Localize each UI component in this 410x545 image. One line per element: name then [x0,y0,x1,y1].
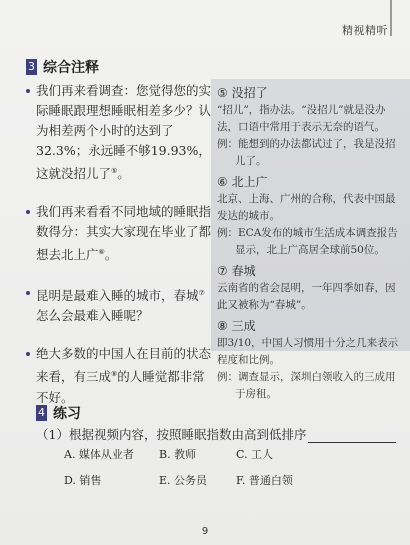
quote-item: 我们再来看看不同地域的睡眠指数得分：其实大家现在毕业了都想去北上广⑥。 [26,202,214,265]
section-4-heading: 4 练习 [36,403,81,423]
note-item: ⑥ 北上广 北京、上海、广州的合称，代表中国最发达的城市。 例：ECA发布的城市… [217,174,405,259]
running-header: 精视精听 [342,22,388,38]
note-item: ⑤ 没招了 “招儿”，指办法。“没招儿”就是没办法，口语中常用于表示无奈的语气。… [217,85,405,170]
answer-options: A. 媒体从业者 B. 教师 C. 工人 D. 销售 E. 公务员 F. 普通白… [64,446,324,488]
page-number: 9 [0,526,410,537]
quote-text: 昆明是最难入睡的城市，春城 [36,288,199,303]
note-title: ⑧ 三成 [217,318,405,335]
option-e: E. 公务员 [159,472,236,488]
option-f: F. 普通白领 [236,472,324,488]
option-b: B. 教师 [159,446,236,462]
quote-text: 我们再来看看不同地域的睡眠指数得分：其实大家现在毕业了都想去北上广 [36,204,211,262]
note-item: ⑧ 三成 即3/10，中国人习惯用十分之几来表示程度和比例。 例：调查显示，深圳… [217,318,405,403]
note-definition: “招儿”，指办法。“没招儿”就是没办法，口语中常用于表示无奈的语气。 [217,102,405,136]
note-term: 春城 [232,264,256,278]
note-example: 例：ECA发布的城市生活成本调查报告显示，北上广高居全球前50位。 [217,225,405,259]
note-definition: 即3/10，中国人习惯用十分之几来表示程度和比例。 [217,335,405,369]
section-title: 综合注释 [43,57,99,77]
section-number-badge: 4 [36,405,47,421]
note-item: ⑦ 春城 云南省的省会昆明，一年四季如春，因此又被称为“春城”。 [217,263,405,314]
note-term: 没招了 [232,86,268,100]
quote-item: 我们再来看调查：您觉得您的实际睡眠跟理想睡眠相差多少？认为相差两个小时的达到了3… [26,81,214,184]
notes-list: ⑤ 没招了 “招儿”，指办法。“没招儿”就是没办法，口语中常用于表示无奈的语气。… [217,81,405,403]
section-3-heading: 3 综合注释 [26,57,99,77]
question-text: （1）根据视频内容，按照睡眠指数由高到低排序 [36,425,306,443]
note-marker: ⑧ [217,319,228,333]
answer-blank[interactable] [308,429,396,443]
note-marker: ⑤ [217,86,228,100]
note-definition: 云南省的省会昆明，一年四季如春，因此又被称为“春城”。 [217,280,405,314]
section-title: 练习 [53,403,81,423]
quote-item: 绝大多数的中国人在目前的状态来看，有三成⑧的人睡觉都非常不好。 [26,344,214,407]
note-definition: 北京、上海、广州的合称，代表中国最发达的城市。 [217,191,405,225]
option-a: A. 媒体从业者 [64,446,159,462]
footnote-marker: ⑦ [199,289,205,297]
section-number-badge: 3 [26,59,37,75]
textbook-page: 精视精听 3 综合注释 我们再来看调查：您觉得您的实际睡眠跟理想睡眠相差多少？认… [0,0,410,545]
note-marker: ⑥ [217,175,228,189]
note-title: ⑥ 北上广 [217,174,405,191]
note-marker: ⑦ [217,264,228,278]
quotes-column: 我们再来看调查：您觉得您的实际睡眠跟理想睡眠相差多少？认为相差两个小时的达到了3… [26,81,214,426]
note-example: 例：调查显示，深圳白领收入的三成用于房租。 [217,369,405,403]
note-example: 例：能想到的办法都试过了，我是没招儿了。 [217,136,405,170]
quote-item: 昆明是最难入睡的城市，春城⑦怎么会最难入睡呢？ [26,283,214,326]
quote-end: 。 [105,247,118,262]
quote-text: 怎么会最难入睡呢？ [36,308,149,323]
note-title: ⑦ 春城 [217,263,405,280]
option-c: C. 工人 [236,446,324,462]
quote-end: 。 [117,166,130,181]
exercise-question: （1）根据视频内容，按照睡眠指数由高到低排序 [36,425,396,443]
header-divider [390,0,392,36]
note-title: ⑤ 没招了 [217,85,405,102]
option-d: D. 销售 [64,472,159,488]
note-term: 三成 [232,319,256,333]
note-term: 北上广 [232,175,268,189]
